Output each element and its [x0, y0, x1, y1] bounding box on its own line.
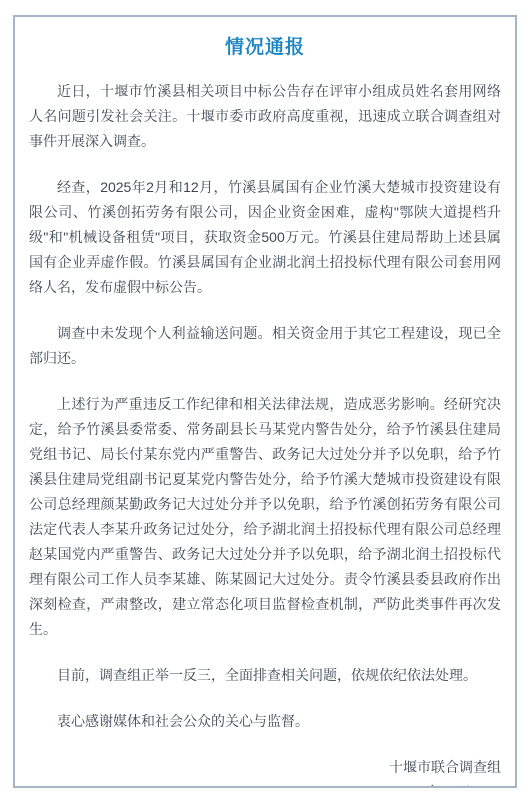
paragraph-thanks: 衷心感谢媒体和社会公众的关心与监督。: [29, 709, 501, 734]
signature-block: 十堰市联合调查组 2025年12月12日: [29, 755, 501, 788]
signature-org: 十堰市联合调查组: [29, 755, 501, 780]
paragraph-punishments: 上述行为严重违反工作纪律和相关法律法规，造成恶劣影响。经研究决定，给予竹溪县委常…: [29, 392, 501, 642]
paragraph-findings: 经查，2025年2月和12月，竹溪县属国有企业竹溪大楚城市投资建设有限公司、竹溪…: [29, 175, 501, 300]
notice-frame: 情况通报 近日，十堰市竹溪县相关项目中标公告存在评审小组成员姓名套用网络人名问题…: [13, 15, 517, 788]
paragraph-intro: 近日，十堰市竹溪县相关项目中标公告存在评审小组成员姓名套用网络人名问题引发社会关…: [29, 79, 501, 154]
notice-body: 近日，十堰市竹溪县相关项目中标公告存在评审小组成员姓名套用网络人名问题引发社会关…: [29, 79, 501, 734]
paragraph-funds: 调查中未发现个人利益输送问题。相关资金用于其它工程建设，现已全部归还。: [29, 321, 501, 371]
notice-page: { "colors": { "title": "#1b85c2", "body_…: [0, 0, 527, 800]
signature-date: 2025年12月12日: [29, 780, 501, 788]
paragraph-followup: 目前，调查组正举一反三，全面排查相关问题，依规依纪依法处理。: [29, 663, 501, 688]
notice-title: 情况通报: [29, 37, 501, 58]
